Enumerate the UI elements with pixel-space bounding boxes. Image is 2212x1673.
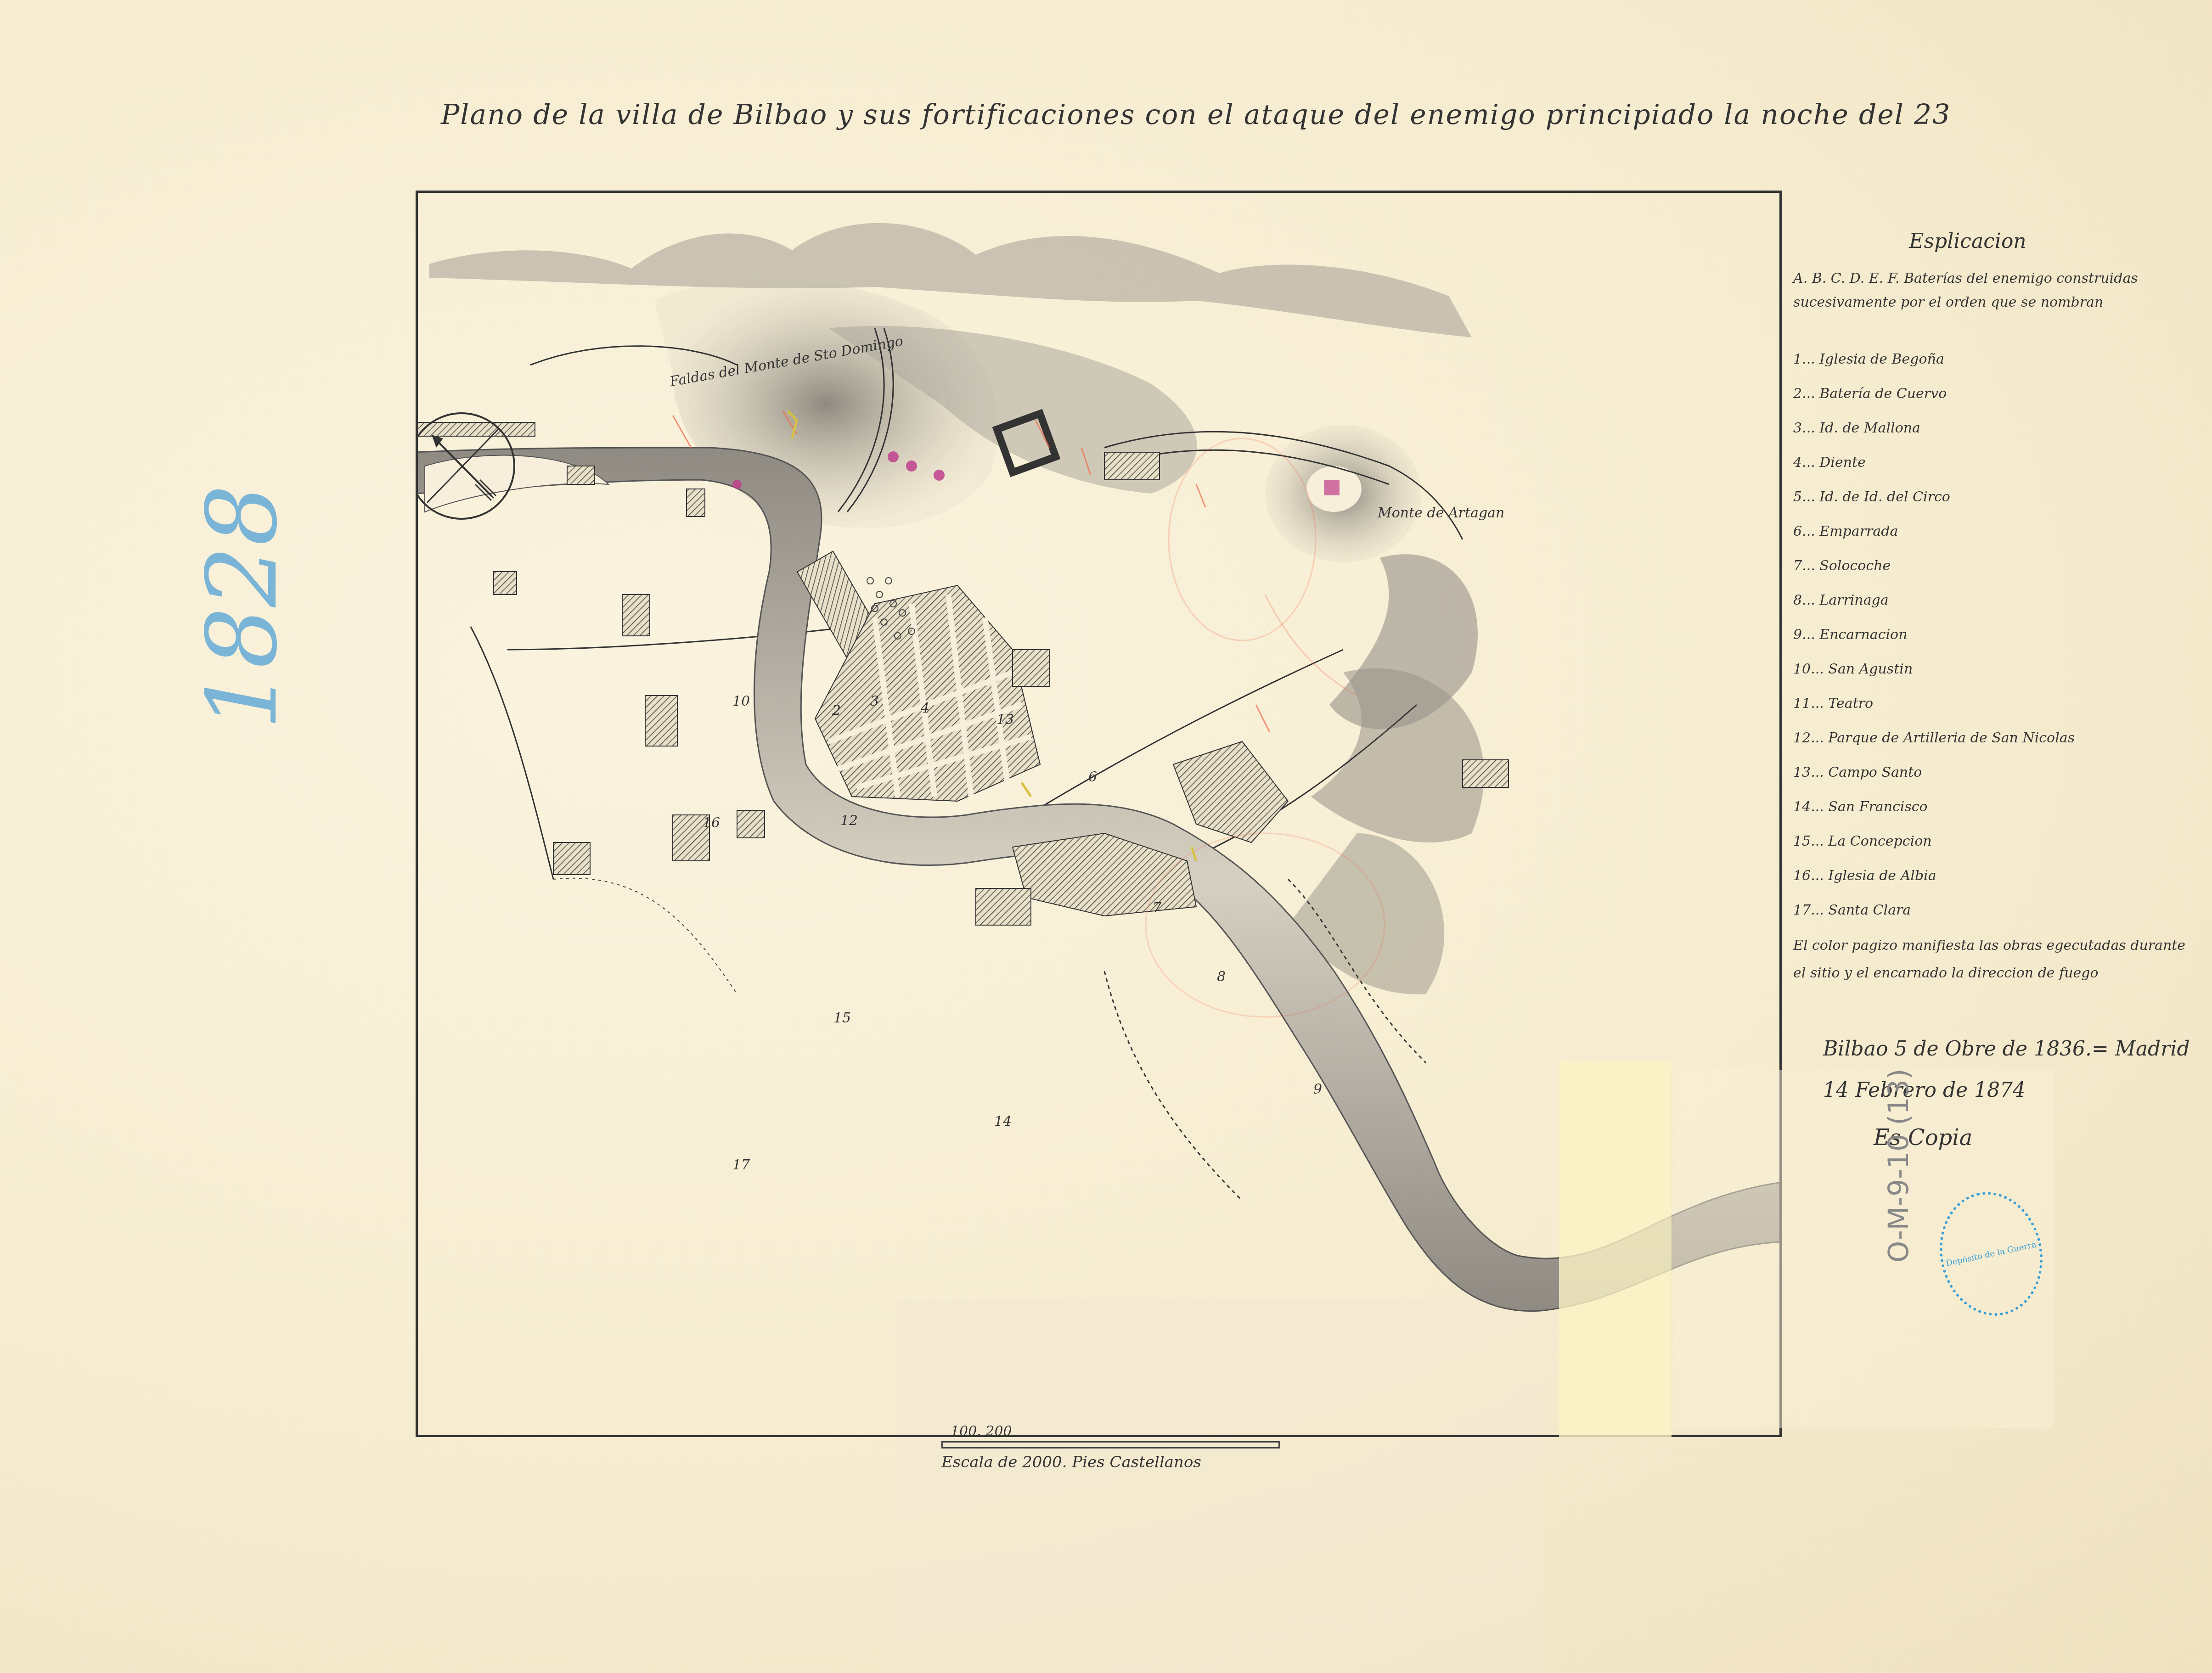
map-number-12: 12 [840, 813, 858, 829]
label-monte-artagan: Monte de Artagan [1378, 505, 1504, 521]
map-title: Plano de la villa de Bilbao y sus fortif… [441, 99, 1951, 131]
legend-list: 1... Iglesia de Begoña 2... Batería de C… [1793, 342, 2197, 927]
map-number-10: 10 [732, 693, 750, 709]
archive-reference: O-M-9-10 (13) [1883, 1069, 1915, 1263]
legend-color-note: El color pagizo manifiesta las obras ege… [1793, 932, 2197, 987]
legend-item: 3... Id. de Mallona [1793, 411, 2197, 445]
map-number-3: 3 [870, 693, 879, 709]
map-number-8: 8 [1217, 969, 1226, 985]
legend-heading: Esplicacion [1738, 230, 2197, 253]
legend-item: 12... Parque de Artilleria de San Nicola… [1793, 721, 2197, 755]
legend-item: 10... San Agustin [1793, 652, 2197, 686]
legend-item: 16... Iglesia de Albia [1793, 859, 2197, 893]
map-number-4: 4 [921, 700, 929, 716]
archive-label-yellow [1559, 1061, 1672, 1437]
map-number-16: 16 [703, 815, 720, 831]
legend-item: 5... Id. de Id. del Circo [1793, 480, 2197, 514]
margin-catalog-number: 1828 [186, 484, 298, 730]
map-number-14: 14 [994, 1113, 1012, 1129]
legend-item: 14... San Francisco [1793, 790, 2197, 824]
legend-intro: A. B. C. D. E. F. Baterías del enemigo c… [1793, 267, 2197, 314]
scale-line [941, 1441, 1280, 1448]
map-number-17: 17 [732, 1157, 750, 1173]
legend: Esplicacion A. B. C. D. E. F. Baterías d… [1793, 230, 2197, 987]
map-number-13: 13 [996, 712, 1014, 728]
legend-item: 9... Encarnacion [1793, 618, 2197, 652]
scale-caption: Escala de 2000. Pies Castellanos [941, 1453, 1280, 1471]
legend-item: 1... Iglesia de Begoña [1793, 342, 2197, 376]
dateline: Bilbao 5 de Obre de 1836.= Madrid 14 Feb… [1823, 1028, 2200, 1111]
legend-item: 15... La Concepcion [1793, 824, 2197, 859]
legend-item: 6... Emparrada [1793, 514, 2197, 549]
map-number-7: 7 [1153, 900, 1161, 916]
map-number-6: 6 [1088, 769, 1097, 785]
map-number-2: 2 [832, 702, 841, 719]
map-number-15: 15 [833, 1010, 851, 1026]
map-number-9: 9 [1313, 1081, 1322, 1097]
scale-ticks: 100. 200 [951, 1423, 1280, 1439]
legend-item: 11... Teatro [1793, 686, 2197, 721]
legend-item: 2... Batería de Cuervo [1793, 376, 2197, 411]
legend-item: 17... Santa Clara [1793, 893, 2197, 927]
legend-item: 13... Campo Santo [1793, 755, 2197, 790]
scale-bar: 100. 200 Escala de 2000. Pies Castellano… [941, 1423, 1280, 1471]
legend-item: 4... Diente [1793, 445, 2197, 480]
legend-item: 7... Solocoche [1793, 549, 2197, 583]
stamp-text: Depósito de la Guerra [1945, 1240, 2038, 1268]
legend-item: 8... Larrinaga [1793, 583, 2197, 618]
